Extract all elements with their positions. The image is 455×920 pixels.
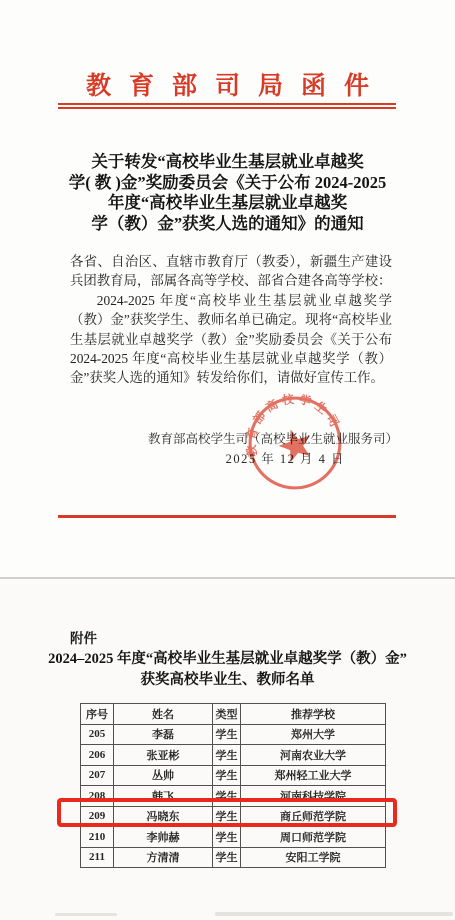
letter-page: 教育部司局函件 关于转发“高校毕业生基层就业卓越奖 学( 教 )金”奖励委员会《… [0, 0, 455, 577]
table-row: 210李帅赫学生周口师范学院 [81, 827, 386, 848]
table-cell: 208 [81, 786, 114, 807]
table-cell: 学生 [213, 745, 241, 766]
table-row: 206张亚彬学生河南农业大学 [81, 745, 386, 766]
table-cell: 河南农业大学 [241, 745, 386, 766]
table-cell: 丛帅 [114, 765, 213, 786]
scan-artifact [55, 913, 117, 916]
table-row: 208韩飞学生河南科技学院 [81, 786, 386, 807]
document-title-line: 年度“高校毕业生基层就业卓越奖 [30, 193, 425, 214]
table-header-cell: 推荐学校 [241, 704, 386, 725]
table-cell: 学生 [213, 847, 241, 868]
table-row: 205李磊学生郑州大学 [81, 724, 386, 745]
table-cell: 韩飞 [114, 786, 213, 807]
table-cell: 学生 [213, 724, 241, 745]
document-title-line: 关于转发“高校毕业生基层就业卓越奖 [30, 152, 425, 173]
table-cell: 207 [81, 765, 114, 786]
table-cell: 李帅赫 [114, 827, 213, 848]
table-header-cell: 姓名 [114, 704, 213, 725]
table-cell: 李磊 [114, 724, 213, 745]
official-seal-stamp: 教育部高校学生司 [231, 379, 360, 508]
seal-star-icon [275, 424, 316, 464]
table-cell: 205 [81, 724, 114, 745]
table-cell: 冯晓东 [114, 806, 213, 827]
table-cell: 学生 [213, 786, 241, 807]
table-cell: 商丘师范学院 [241, 806, 386, 827]
attachment-page: 附件 2024–2025 年度“高校毕业生基层就业卓越奖学（教）金” 获奖高校毕… [0, 577, 455, 920]
attachment-title-line2: 获奖高校毕业生、教师名单 [0, 668, 455, 689]
table-cell: 周口师范学院 [241, 827, 386, 848]
salutation: 各省、自治区、直辖市教育厅（教委），新疆生产建设兵团教育局，部属各高等学校、部省… [70, 252, 392, 291]
table-cell: 211 [81, 847, 114, 868]
letter-body: 各省、自治区、直辖市教育厅（教委），新疆生产建设兵团教育局，部属各高等学校、部省… [70, 252, 392, 388]
table-cell: 郑州轻工业大学 [241, 765, 386, 786]
table-cell: 学生 [213, 827, 241, 848]
table-cell: 206 [81, 745, 114, 766]
table-row: 207丛帅学生郑州轻工业大学 [81, 765, 386, 786]
award-winners-table: 序号姓名类型推荐学校 205李磊学生郑州大学206张亚彬学生河南农业大学207丛… [80, 703, 386, 868]
letterhead-double-rule [58, 103, 396, 109]
table-cell: 河南科技学院 [241, 786, 386, 807]
table-header-cell: 序号 [81, 704, 114, 725]
table-header-row: 序号姓名类型推荐学校 [81, 704, 386, 725]
document-title: 关于转发“高校毕业生基层就业卓越奖 学( 教 )金”奖励委员会《关于公布 202… [30, 152, 425, 234]
table-cell: 学生 [213, 765, 241, 786]
table-cell: 安阳工学院 [241, 847, 386, 868]
attachment-title-line1: 2024–2025 年度“高校毕业生基层就业卓越奖学（教）金” [0, 647, 455, 668]
table-cell: 郑州大学 [241, 724, 386, 745]
table-row-highlighted: 209冯晓东学生商丘师范学院 [81, 806, 386, 827]
scanned-document: 教育部司局函件 关于转发“高校毕业生基层就业卓越奖 学( 教 )金”奖励委员会《… [0, 0, 455, 920]
table-row: 211方清清学生安阳工学院 [81, 847, 386, 868]
attachment-label: 附件 [70, 627, 97, 647]
footer-rule [58, 515, 396, 518]
table-cell: 209 [81, 806, 114, 827]
table-cell: 210 [81, 827, 114, 848]
document-title-line: 学（教）金”获奖人选的通知》的通知 [30, 214, 425, 235]
document-title-line: 学( 教 )金”奖励委员会《关于公布 2024-2025 [30, 173, 425, 194]
body-paragraph: 2024-2025 年度“高校毕业生基层就业卓越奖学（教）金”获奖学生、教师名单… [70, 291, 392, 388]
table-header-cell: 类型 [213, 704, 241, 725]
table-cell: 方清清 [114, 847, 213, 868]
scan-artifact [215, 912, 453, 916]
table-cell: 学生 [213, 806, 241, 827]
table-cell: 张亚彬 [114, 745, 213, 766]
letterhead-title: 教育部司局函件 [0, 66, 455, 102]
